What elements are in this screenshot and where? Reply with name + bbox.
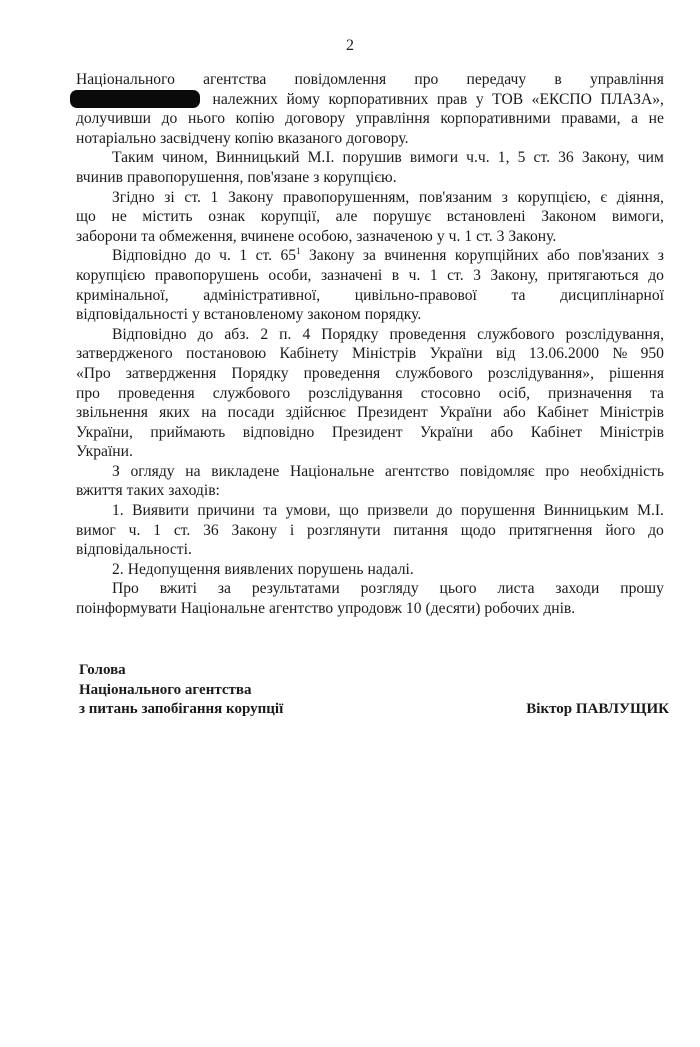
text-line: 1. Виявити причини та умови, що призвели… bbox=[76, 501, 664, 521]
word: йому bbox=[286, 90, 320, 110]
word: встановленому bbox=[204, 305, 304, 325]
word: (десяти) bbox=[426, 599, 481, 619]
word: України bbox=[430, 344, 483, 364]
word: М.І. bbox=[308, 148, 335, 168]
word: до bbox=[648, 521, 664, 541]
word: 3 bbox=[473, 266, 481, 286]
word: затвердженого bbox=[76, 344, 173, 364]
text-line: відповідальності.відповідальності. bbox=[76, 540, 664, 560]
word: 1 bbox=[239, 246, 247, 266]
text-line: звільнення яких на посади здійснює Прези… bbox=[76, 403, 664, 423]
word: але bbox=[336, 207, 358, 227]
word: не bbox=[111, 207, 126, 227]
word: в bbox=[392, 266, 399, 286]
word: на bbox=[185, 462, 200, 482]
word: та bbox=[650, 384, 664, 404]
word: у bbox=[192, 305, 200, 325]
word: що bbox=[339, 501, 359, 521]
word: М.І. bbox=[637, 501, 664, 521]
word: 1 bbox=[153, 521, 161, 541]
text-line: про проведення службового розслідування … bbox=[76, 384, 664, 404]
word: притягаються bbox=[548, 266, 639, 286]
word: вимоги, bbox=[612, 207, 664, 227]
text-line: України, приймають відповідно Президент … bbox=[76, 423, 664, 443]
word: необхідність bbox=[580, 462, 664, 482]
word: вказаного bbox=[278, 129, 343, 149]
word: за bbox=[218, 579, 231, 599]
word: вчинив bbox=[76, 168, 123, 188]
word: п. bbox=[279, 325, 291, 345]
word: Національного bbox=[76, 70, 175, 90]
word: заходи bbox=[555, 579, 599, 599]
signatory-title-line: Голова bbox=[79, 661, 669, 681]
word: до bbox=[437, 501, 453, 521]
word: агентство bbox=[385, 462, 449, 482]
word: відповідно bbox=[243, 423, 315, 443]
word: України. bbox=[76, 442, 133, 462]
word: до bbox=[195, 246, 211, 266]
word: або bbox=[491, 423, 514, 443]
text-line: нотаріально засвідчену копію вказаного д… bbox=[76, 129, 664, 149]
word: здійснює bbox=[286, 403, 346, 423]
word: проведення bbox=[118, 384, 195, 404]
word: Закону bbox=[232, 521, 277, 541]
word: дисциплінарної bbox=[560, 286, 664, 306]
word: порядку. bbox=[365, 305, 422, 325]
word: 1 bbox=[211, 188, 219, 208]
word: стосовно bbox=[421, 384, 481, 404]
text-line: що не містить ознак корупції, але порушу… bbox=[76, 207, 664, 227]
word: Закону. bbox=[508, 227, 556, 247]
text-line: Згідно зі ст. 1 Закону правопорушенням, … bbox=[76, 188, 664, 208]
word: України, bbox=[76, 423, 133, 443]
word: осіб, bbox=[499, 384, 530, 404]
word: виявлених bbox=[224, 560, 293, 580]
word: що bbox=[76, 207, 96, 227]
word: яких bbox=[159, 403, 190, 423]
word: долучивши bbox=[76, 109, 151, 129]
word: договору bbox=[285, 109, 345, 129]
word: Президент bbox=[357, 403, 428, 423]
word: Міністрів bbox=[352, 344, 416, 364]
word: містить bbox=[142, 207, 192, 227]
word: Президент bbox=[332, 423, 403, 443]
text-line: Відповідно до ч. 1 ст. 65¹ Закону за вчи… bbox=[76, 246, 664, 266]
word: корпоративними bbox=[440, 109, 550, 129]
word: Кабінету bbox=[280, 344, 339, 364]
word: нього bbox=[188, 109, 225, 129]
word: ч. bbox=[219, 246, 231, 266]
word: надалі. bbox=[368, 560, 414, 580]
word: вимоги bbox=[410, 148, 458, 168]
word: пов'язаних bbox=[578, 246, 649, 266]
word: законом bbox=[307, 305, 360, 325]
word: прав bbox=[437, 90, 467, 110]
word: 651 bbox=[280, 246, 300, 266]
signatory-title-line: Національного агентства bbox=[79, 681, 669, 701]
word: Національне bbox=[181, 599, 265, 619]
word: і bbox=[290, 521, 294, 541]
word: порушень bbox=[298, 560, 364, 580]
word: копію bbox=[236, 109, 275, 129]
word: та bbox=[512, 286, 526, 306]
word: проведення bbox=[304, 364, 381, 384]
word: ч. bbox=[409, 266, 421, 286]
word: Про bbox=[112, 579, 139, 599]
page-number: 2 bbox=[0, 36, 700, 55]
word: корупції, bbox=[261, 207, 320, 227]
word: поінформувати bbox=[76, 599, 177, 619]
text-line: кримінальної, адміністративної, цивільно… bbox=[76, 286, 664, 306]
word: агентство bbox=[269, 599, 333, 619]
word: особи, bbox=[268, 266, 311, 286]
word: заходів: bbox=[168, 481, 220, 501]
word: Закону bbox=[228, 188, 273, 208]
text-line: корупцією правопорушень особи, зазначені… bbox=[76, 266, 664, 286]
word: з bbox=[313, 168, 319, 188]
word: притягнення bbox=[509, 521, 593, 541]
signatory-name: Віктор ПАВЛУЩИК bbox=[526, 700, 669, 720]
text-line: Таким чином, Винницький М.І. порушив вим… bbox=[76, 148, 664, 168]
word: ТОВ bbox=[492, 90, 523, 110]
word: про bbox=[545, 462, 569, 482]
signature-block: Голова Національного агентства з питань … bbox=[79, 661, 669, 720]
word: повідомляє bbox=[460, 462, 535, 482]
text-line: затвердженого постановою Кабінету Мініст… bbox=[76, 344, 664, 364]
word: «Про bbox=[76, 364, 111, 384]
word: вчинення bbox=[384, 246, 446, 266]
word: 1. bbox=[112, 501, 124, 521]
word: 1, bbox=[498, 148, 510, 168]
word: відповідальності bbox=[76, 305, 188, 325]
word: листа bbox=[498, 579, 535, 599]
word: ч.ч. bbox=[466, 148, 489, 168]
word: 1 bbox=[430, 266, 438, 286]
word: питання bbox=[393, 521, 447, 541]
word: з bbox=[658, 246, 664, 266]
word: Виявити bbox=[132, 501, 189, 521]
word: призначення bbox=[548, 384, 632, 404]
word: є bbox=[600, 188, 607, 208]
word: упродовж bbox=[337, 599, 402, 619]
word: Згідно bbox=[112, 188, 155, 208]
word: заборони bbox=[76, 227, 137, 247]
word: Винницький bbox=[216, 148, 300, 168]
word: копію bbox=[235, 129, 274, 149]
word: Національне bbox=[290, 462, 374, 482]
word: розглянути bbox=[307, 521, 381, 541]
word: пов'язаним bbox=[419, 188, 492, 208]
word: постановою bbox=[186, 344, 266, 364]
word: корпоративних bbox=[328, 90, 428, 110]
word: про bbox=[76, 384, 100, 404]
word: викладене bbox=[211, 462, 279, 482]
word: Порядку bbox=[231, 364, 288, 384]
word: належних bbox=[213, 90, 278, 110]
word: Закону, bbox=[490, 266, 538, 286]
word: розслідування bbox=[308, 384, 402, 404]
word: до bbox=[162, 109, 178, 129]
word: посади bbox=[228, 403, 275, 423]
text-line: поінформувати Національне агентство упро… bbox=[76, 599, 664, 619]
word: 4 bbox=[302, 325, 310, 345]
word: цивільно-правової bbox=[355, 286, 477, 306]
word: порушує bbox=[373, 207, 431, 227]
word: таких bbox=[127, 481, 165, 501]
word: призвели bbox=[367, 501, 428, 521]
word: вжиті bbox=[160, 579, 197, 599]
word: 2 bbox=[260, 325, 268, 345]
text-line: України.України. bbox=[76, 442, 664, 462]
word: корупцією, bbox=[518, 188, 591, 208]
word: Кабінет bbox=[537, 403, 588, 423]
word: ст. bbox=[534, 148, 550, 168]
text-line: заборони та обмеження, вчинене особою, з… bbox=[76, 227, 664, 247]
word: днів. bbox=[543, 599, 575, 619]
word: зазначені bbox=[321, 266, 382, 286]
text-line: належних йому корпоративних прав у ТОВ «… bbox=[76, 90, 664, 110]
text-line: Національного агентства повідомлення про… bbox=[76, 70, 664, 90]
word: 36 bbox=[558, 148, 574, 168]
word: «ЕКСПО bbox=[532, 90, 592, 110]
word: розгляду bbox=[361, 579, 419, 599]
word: від bbox=[496, 344, 516, 364]
word: встановлені bbox=[447, 207, 526, 227]
word: України bbox=[439, 403, 492, 423]
word: порушив bbox=[343, 148, 402, 168]
word: розслідування», bbox=[488, 364, 594, 384]
word: Закону bbox=[309, 246, 354, 266]
word: договору. bbox=[346, 129, 408, 149]
word: України bbox=[420, 423, 473, 443]
word: № bbox=[612, 344, 627, 364]
word: Таким bbox=[112, 148, 154, 168]
word: правопорушень bbox=[155, 266, 259, 286]
word: чином, bbox=[162, 148, 208, 168]
word: нотаріально bbox=[76, 129, 156, 149]
word: затвердження bbox=[126, 364, 217, 384]
text-line: 2. Недопущення виявлених порушень надалі… bbox=[76, 560, 664, 580]
word: корупційних bbox=[455, 246, 539, 266]
text-line: Про вжиті за результатами розгляду цього… bbox=[76, 579, 664, 599]
word: 10 bbox=[406, 599, 422, 619]
word: Міністрів bbox=[600, 423, 664, 443]
word: Міністрів bbox=[600, 403, 664, 423]
word: Кабінет bbox=[531, 423, 582, 443]
word: З bbox=[112, 462, 120, 482]
word: 950 bbox=[641, 344, 664, 364]
word: до bbox=[198, 325, 214, 345]
word: не bbox=[649, 109, 664, 129]
word: його bbox=[605, 521, 635, 541]
text-line: вчинив правопорушення, пов'язане з коруп… bbox=[76, 168, 664, 188]
word: або bbox=[503, 403, 526, 423]
word: повідомлення bbox=[294, 70, 386, 90]
word: службового bbox=[395, 364, 472, 384]
word: діяння, bbox=[617, 188, 664, 208]
word: чим bbox=[638, 148, 664, 168]
word: правопорушення, bbox=[127, 168, 243, 188]
redaction-block bbox=[70, 90, 200, 108]
word: Відповідно bbox=[112, 325, 187, 345]
word: корупцією bbox=[76, 266, 145, 286]
word: вчинене bbox=[241, 227, 295, 247]
word: результатами bbox=[252, 579, 340, 599]
letter-body: Національного агентства повідомлення про… bbox=[76, 70, 664, 619]
word: ознак bbox=[208, 207, 245, 227]
word: ч. bbox=[449, 227, 461, 247]
word: причини bbox=[197, 501, 254, 521]
word: ст. bbox=[174, 521, 190, 541]
word: за bbox=[363, 246, 376, 266]
word: ПЛАЗА», bbox=[600, 90, 663, 110]
word: службового bbox=[477, 325, 554, 345]
word: 13.06.2000 bbox=[529, 344, 599, 364]
word: зазначеною bbox=[356, 227, 432, 247]
word: порушення bbox=[461, 501, 535, 521]
word: вимог bbox=[76, 521, 116, 541]
word: рішення bbox=[609, 364, 664, 384]
text-line: долучивши до нього копію договору управл… bbox=[76, 109, 664, 129]
word: передачу bbox=[467, 70, 527, 90]
word: засвідчену bbox=[160, 129, 231, 149]
word: правами, bbox=[561, 109, 620, 129]
word: огляду bbox=[131, 462, 175, 482]
word: ст. bbox=[476, 227, 492, 247]
word: та bbox=[263, 501, 277, 521]
word: в bbox=[554, 70, 561, 90]
word: зі bbox=[164, 188, 175, 208]
word: 5 bbox=[518, 148, 526, 168]
word: у bbox=[437, 227, 445, 247]
text-line: З огляду на викладене Національне агентс… bbox=[76, 462, 664, 482]
word: або bbox=[547, 246, 570, 266]
word: пов'язане bbox=[247, 168, 309, 188]
text-line: «Про затвердження Порядку проведення слу… bbox=[76, 364, 664, 384]
word: управління bbox=[590, 70, 664, 90]
word: прошу bbox=[620, 579, 664, 599]
word: 2. bbox=[112, 560, 124, 580]
word: відповідальності. bbox=[76, 540, 192, 560]
word: щодо bbox=[461, 521, 496, 541]
word: проведення bbox=[389, 325, 466, 345]
text-line: Відповідно до абз. 2 п. 4 Порядку провед… bbox=[76, 325, 664, 345]
word: абз. bbox=[224, 325, 249, 345]
word: з bbox=[502, 188, 508, 208]
word: Винницьким bbox=[544, 501, 629, 521]
word: у bbox=[476, 90, 484, 110]
word: умови, bbox=[286, 501, 331, 521]
word: кримінальної, bbox=[76, 286, 169, 306]
word: приймають bbox=[150, 423, 225, 443]
word: звільнення bbox=[76, 403, 148, 423]
text-line: вжиття таких заходів:вжиттятакихзаходів: bbox=[76, 481, 664, 501]
word: розслідування, bbox=[566, 325, 664, 345]
word: особою, bbox=[298, 227, 352, 247]
word: 3 bbox=[497, 227, 505, 247]
word: Відповідно bbox=[112, 246, 187, 266]
word: Закону, bbox=[582, 148, 630, 168]
word: на bbox=[201, 403, 216, 423]
word: робочих bbox=[484, 599, 539, 619]
word: Законом bbox=[541, 207, 596, 227]
word: 1 bbox=[464, 227, 472, 247]
word: Порядку bbox=[321, 325, 378, 345]
word: 36 bbox=[203, 521, 219, 541]
word: агентства bbox=[203, 70, 266, 90]
text-line: відповідальності у встановленому законом… bbox=[76, 305, 664, 325]
word: обмеження, bbox=[159, 227, 237, 247]
word: правопорушенням, bbox=[283, 188, 409, 208]
word: управління bbox=[356, 109, 430, 129]
word: про bbox=[414, 70, 438, 90]
word: цього bbox=[440, 579, 477, 599]
word: ст. bbox=[184, 188, 200, 208]
word: ст. bbox=[447, 266, 463, 286]
word: корупцією. bbox=[323, 168, 396, 188]
word: службового bbox=[213, 384, 290, 404]
text-line: вимог ч. 1 ст. 36 Закону і розглянути пи… bbox=[76, 521, 664, 541]
word: вжиття bbox=[76, 481, 123, 501]
word: ч. bbox=[129, 521, 141, 541]
word: Недопущення bbox=[128, 560, 221, 580]
word: а bbox=[631, 109, 638, 129]
word: до bbox=[648, 266, 664, 286]
word: та bbox=[141, 227, 155, 247]
word: ст. bbox=[256, 246, 272, 266]
word: адміністративної, bbox=[203, 286, 320, 306]
